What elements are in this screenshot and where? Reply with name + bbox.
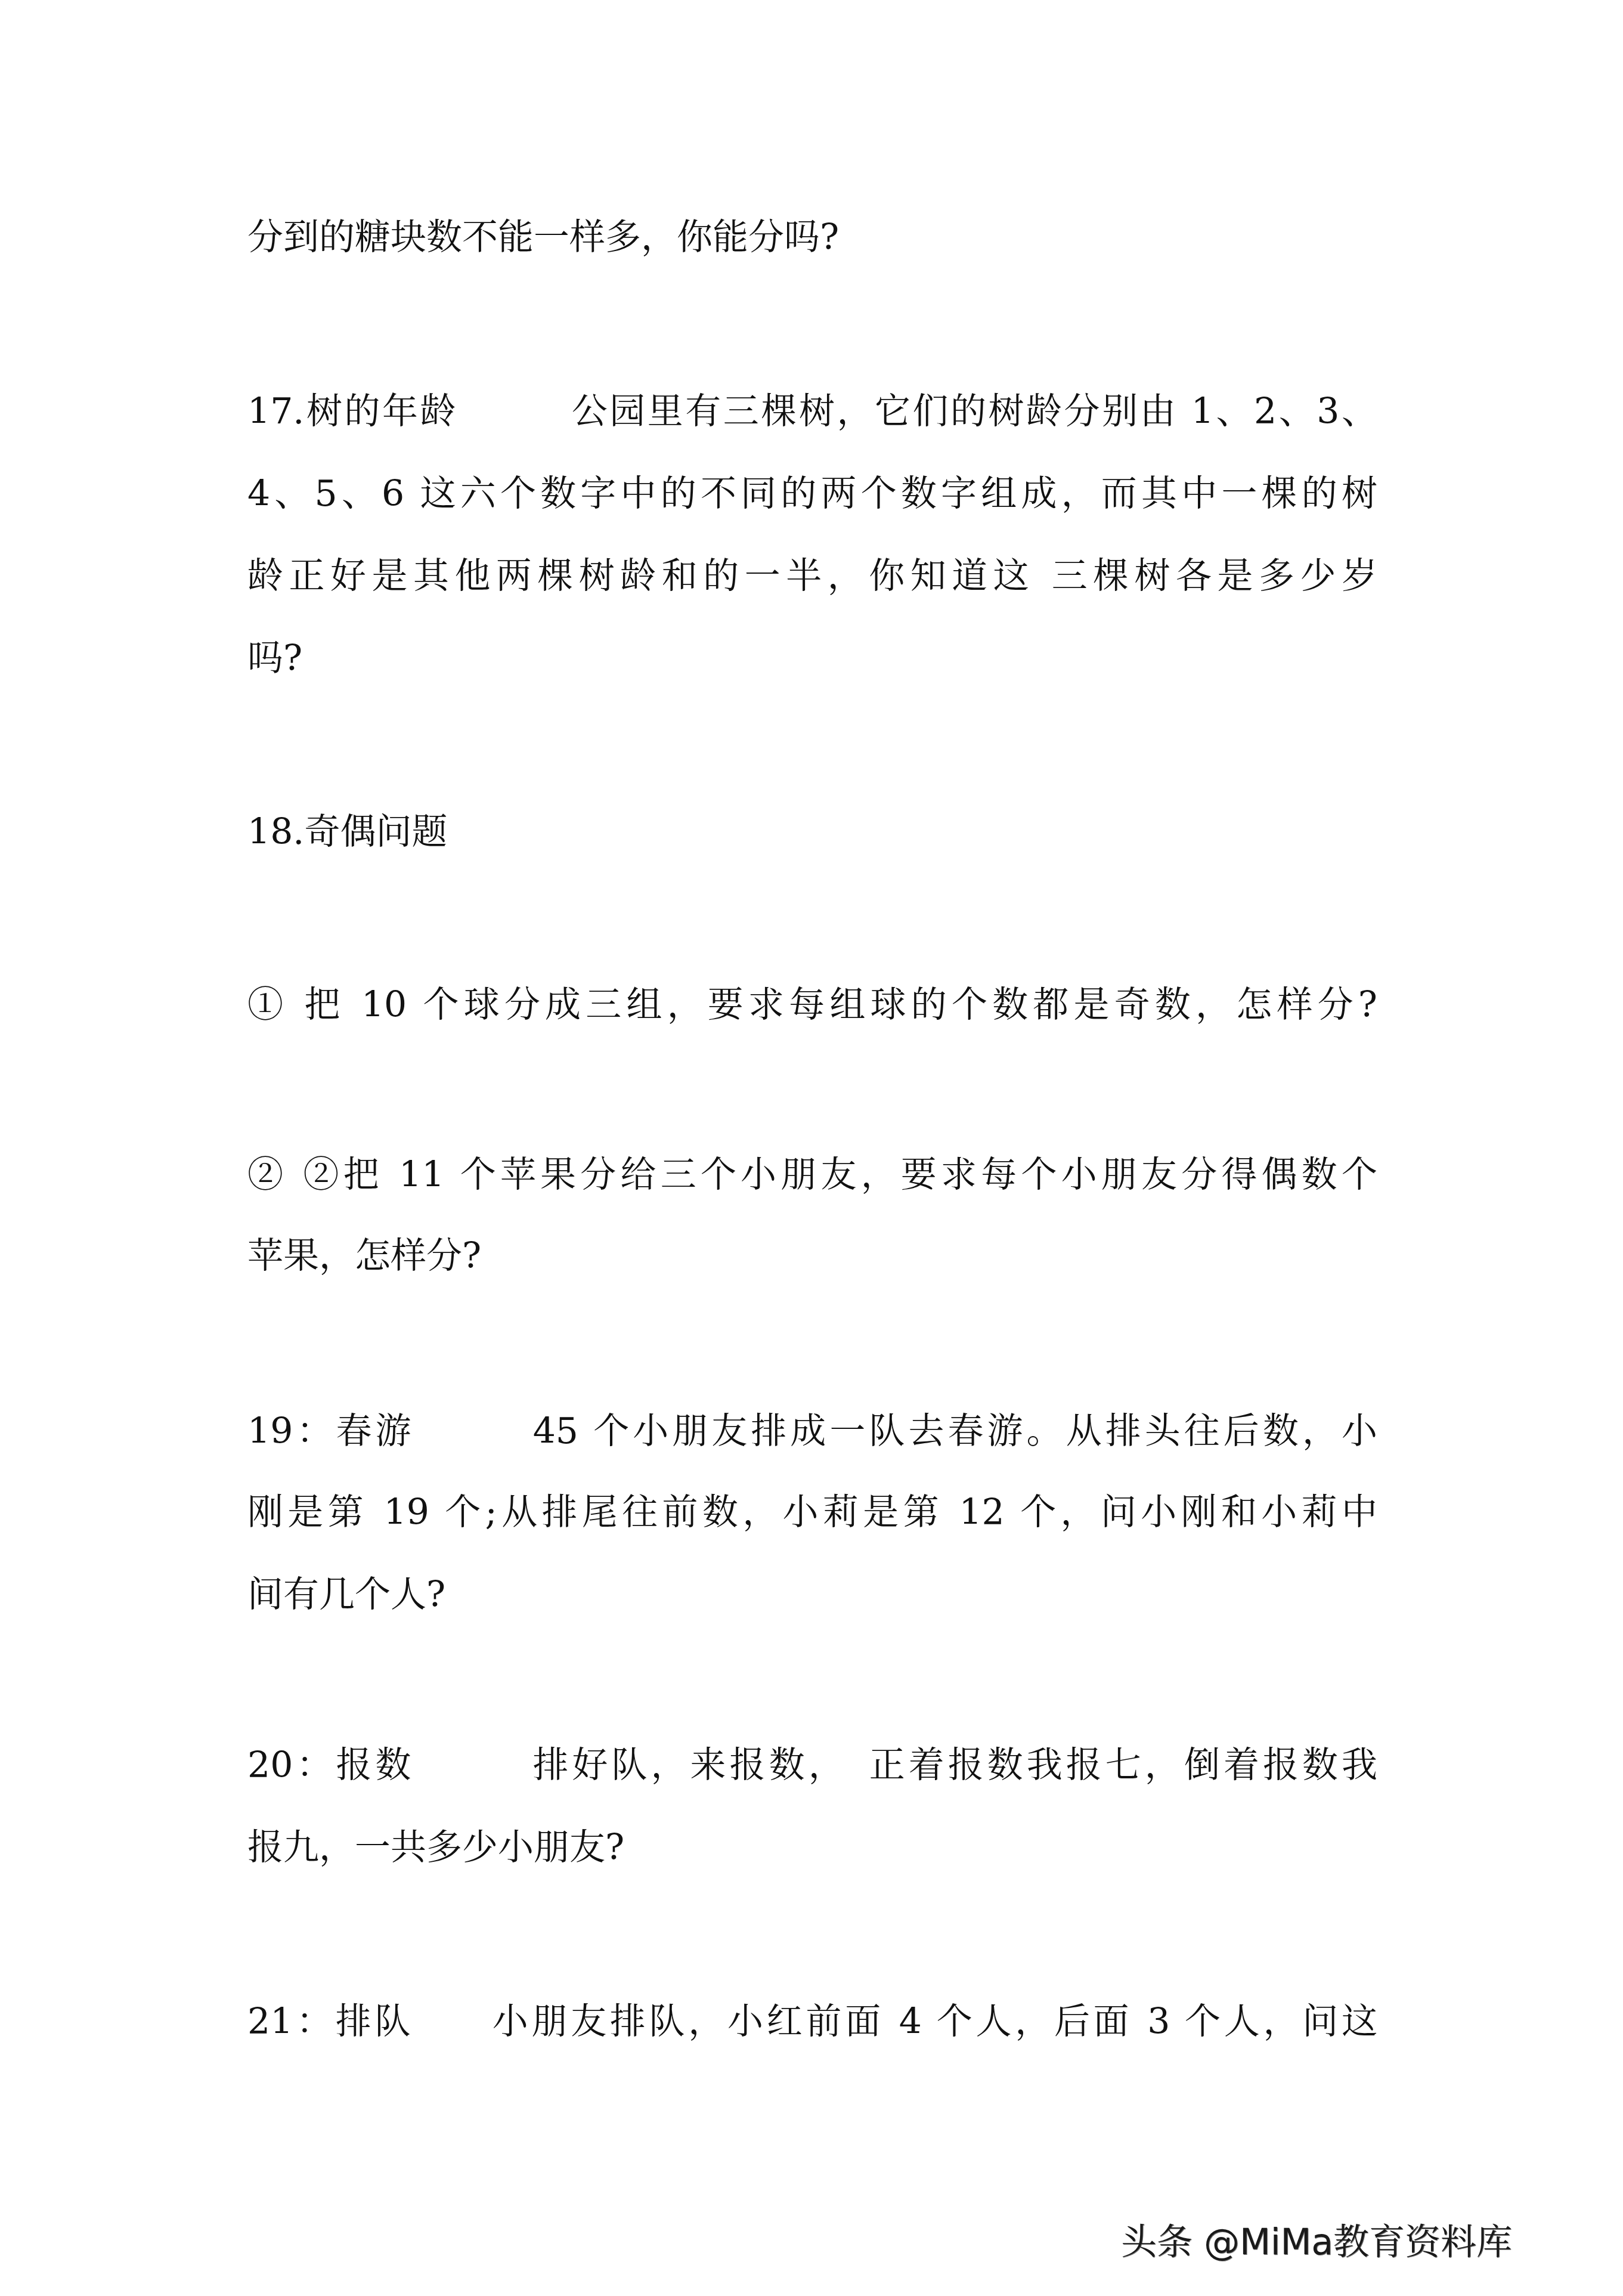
question-18-part-1: ① 把 10 个球分成三组，要求每组球的个数都是奇数，怎样分? <box>247 981 1377 1029</box>
question-19-line-1: 19：春游 45 个小朋友排成一队去春游。从排头往后数，小 <box>247 1407 1377 1455</box>
question-18-part-2-line-1: ② ②把 11 个苹果分给三个小朋友，要求每个小朋友分得偶数个 <box>247 1151 1377 1199</box>
question-20-line-1: 20：报数 排好队，来报数， 正着报数我报七，倒着报数我 <box>247 1741 1377 1789</box>
question-17-line-2: 4、5、6 这六个数字中的不同的两个数字组成，而其中一棵的树 <box>247 470 1377 518</box>
question-20-line-2: 报九，一共多少小朋友? <box>247 1824 624 1871</box>
document-page: 分到的糖块数不能一样多，你能分吗? 17.树的年龄 公园里有三棵树，它们的树龄分… <box>0 0 1623 2296</box>
question-19-line-3: 间有几个人? <box>247 1571 445 1619</box>
watermark: 头条 @MiMa教育资料库 <box>1121 2218 1512 2266</box>
question-19-line-2: 刚是第 19 个;从排尾往前数，小莉是第 12 个，问小刚和小莉中 <box>247 1489 1377 1536</box>
question-18-part-2-line-2: 苹果，怎样分? <box>247 1232 481 1280</box>
question-18-title: 18.奇偶问题 <box>247 808 447 856</box>
text-line: 分到的糖块数不能一样多，你能分吗? <box>247 213 839 261</box>
question-21-line-1: 21：排队 小朋友排队，小红前面 4 个人，后面 3 个人，问这 <box>247 1998 1377 2046</box>
question-17-line-3: 龄正好是其他两棵树龄和的一半，你知道这 三棵树各是多少岁 <box>247 552 1377 600</box>
question-17-line-4: 吗? <box>247 635 302 682</box>
question-17-title-line: 17.树的年龄 公园里有三棵树，它们的树龄分别由 1、2、3、 <box>247 388 1377 435</box>
